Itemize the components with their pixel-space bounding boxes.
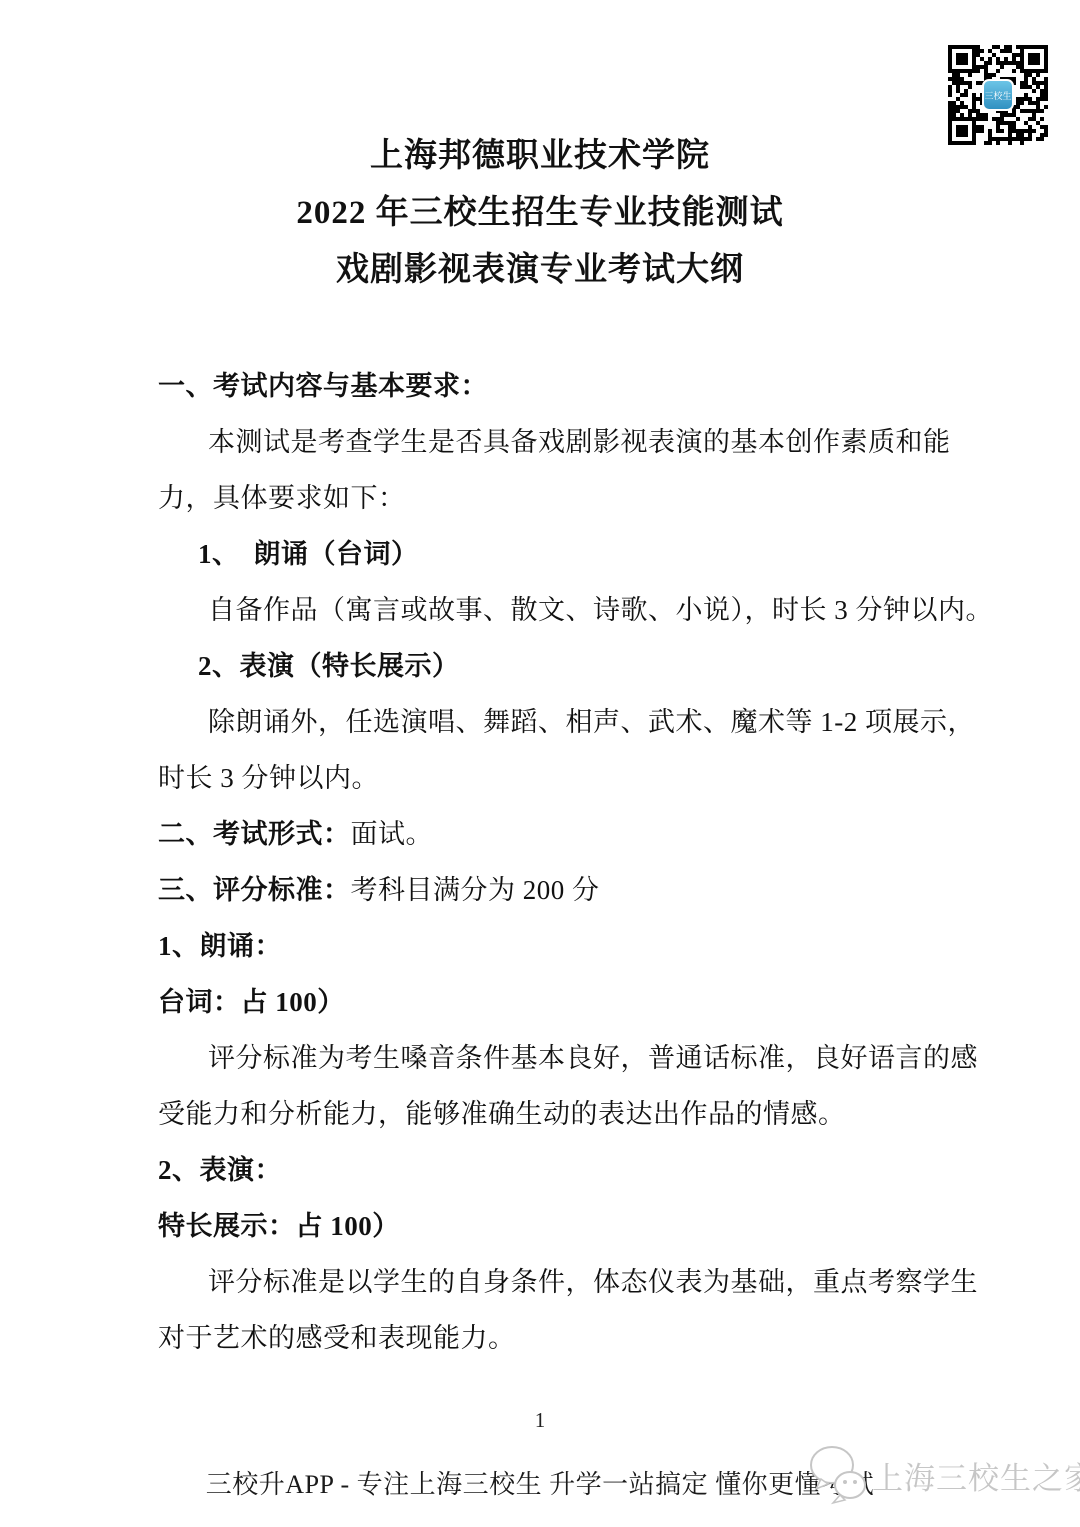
body-line: 评分标准为考生嗓音条件基本良好，普通话标准，良好语言的感 [158, 1030, 948, 1086]
body-line: 台词：占 100） [158, 974, 948, 1030]
body-line-bold-segment: 特长展示：占 100） [158, 1211, 400, 1241]
body-line: 力，具体要求如下： [158, 470, 948, 526]
body-line-segment: 面试。 [351, 819, 434, 849]
title-line-college: 上海邦德职业技术学院 [0, 128, 1080, 185]
body-line: 2、表演（特长展示） [158, 638, 948, 694]
body-line-segment: 本测试是考查学生是否具备戏剧影视表演的基本创作素质和能 [208, 427, 951, 457]
body-line-bold-segment: 台词：占 100） [158, 987, 345, 1017]
body-line: 2、表演： [158, 1142, 948, 1198]
body-line-bold-segment: 二、考试形式： [158, 819, 351, 849]
wechat-icon [806, 1444, 870, 1506]
body-line-segment: 时长 3 分钟以内。 [158, 763, 379, 793]
body-line: 评分标准是以学生的自身条件，体态仪表为基础，重点考察学生 [158, 1254, 948, 1310]
body-line-segment: 自备作品（寓言或故事、散文、诗歌、小说），时长 3 分钟以内。 [208, 595, 993, 625]
body-line-bold-segment: 1、 朗诵（台词） [198, 539, 419, 569]
body-line-bold-segment: 1、朗诵： [158, 931, 282, 961]
page-number: 1 [0, 1408, 1080, 1433]
body-line: 1、 朗诵（台词） [158, 526, 948, 582]
body-line-bold-segment: 三、评分标准： [158, 875, 351, 905]
body-line-segment: 受能力和分析能力，能够准确生动的表达出作品的情感。 [158, 1099, 846, 1129]
body-line: 三、评分标准：考科目满分为 200 分 [158, 862, 948, 918]
body-line: 时长 3 分钟以内。 [158, 750, 948, 806]
body-line: 除朗诵外，任选演唱、舞蹈、相声、武术、魔术等 1-2 项展示， [158, 694, 948, 750]
body-line: 特长展示：占 100） [158, 1198, 948, 1254]
title-line-subject: 戏剧影视表演专业考试大纲 [0, 242, 1080, 299]
body-line-segment: 评分标准是以学生的自身条件，体态仪表为基础，重点考察学生 [208, 1267, 978, 1297]
body-line-bold-segment: 2、表演（特长展示） [198, 651, 460, 681]
document-page: 三校生 上海邦德职业技术学院 2022 年三校生招生专业技能测试 戏剧影视表演专… [0, 0, 1080, 1527]
title-line-exam: 2022 年三校生招生专业技能测试 [0, 185, 1080, 242]
body-line: 受能力和分析能力，能够准确生动的表达出作品的情感。 [158, 1086, 948, 1142]
watermark: 上海三校生之家 [806, 1444, 1080, 1506]
body-line: 一、考试内容与基本要求： [158, 358, 948, 414]
body-line: 自备作品（寓言或故事、散文、诗歌、小说），时长 3 分钟以内。 [158, 582, 948, 638]
body-line: 对于艺术的感受和表现能力。 [158, 1310, 948, 1366]
watermark-text: 上海三校生之家 [872, 1453, 1080, 1498]
svg-text:三校生: 三校生 [984, 90, 1011, 101]
body-line: 二、考试形式：面试。 [158, 806, 948, 862]
body-line-bold-segment: 2、表演： [158, 1155, 282, 1185]
body-line: 1、朗诵： [158, 918, 948, 974]
document-body: 一、考试内容与基本要求：本测试是考查学生是否具备戏剧影视表演的基本创作素质和能力… [158, 358, 948, 1366]
body-line-bold-segment: 一、考试内容与基本要求： [158, 371, 488, 401]
body-line-segment: 对于艺术的感受和表现能力。 [158, 1323, 516, 1353]
body-line-segment: 力，具体要求如下： [158, 483, 406, 513]
body-line-segment: 除朗诵外，任选演唱、舞蹈、相声、武术、魔术等 1-2 项展示， [208, 707, 975, 737]
document-title: 上海邦德职业技术学院 2022 年三校生招生专业技能测试 戏剧影视表演专业考试大… [0, 128, 1080, 299]
body-line-segment: 考科目满分为 200 分 [351, 875, 600, 905]
body-line: 本测试是考查学生是否具备戏剧影视表演的基本创作素质和能 [158, 414, 948, 470]
body-line-segment: 评分标准为考生嗓音条件基本良好，普通话标准，良好语言的感 [208, 1043, 978, 1073]
